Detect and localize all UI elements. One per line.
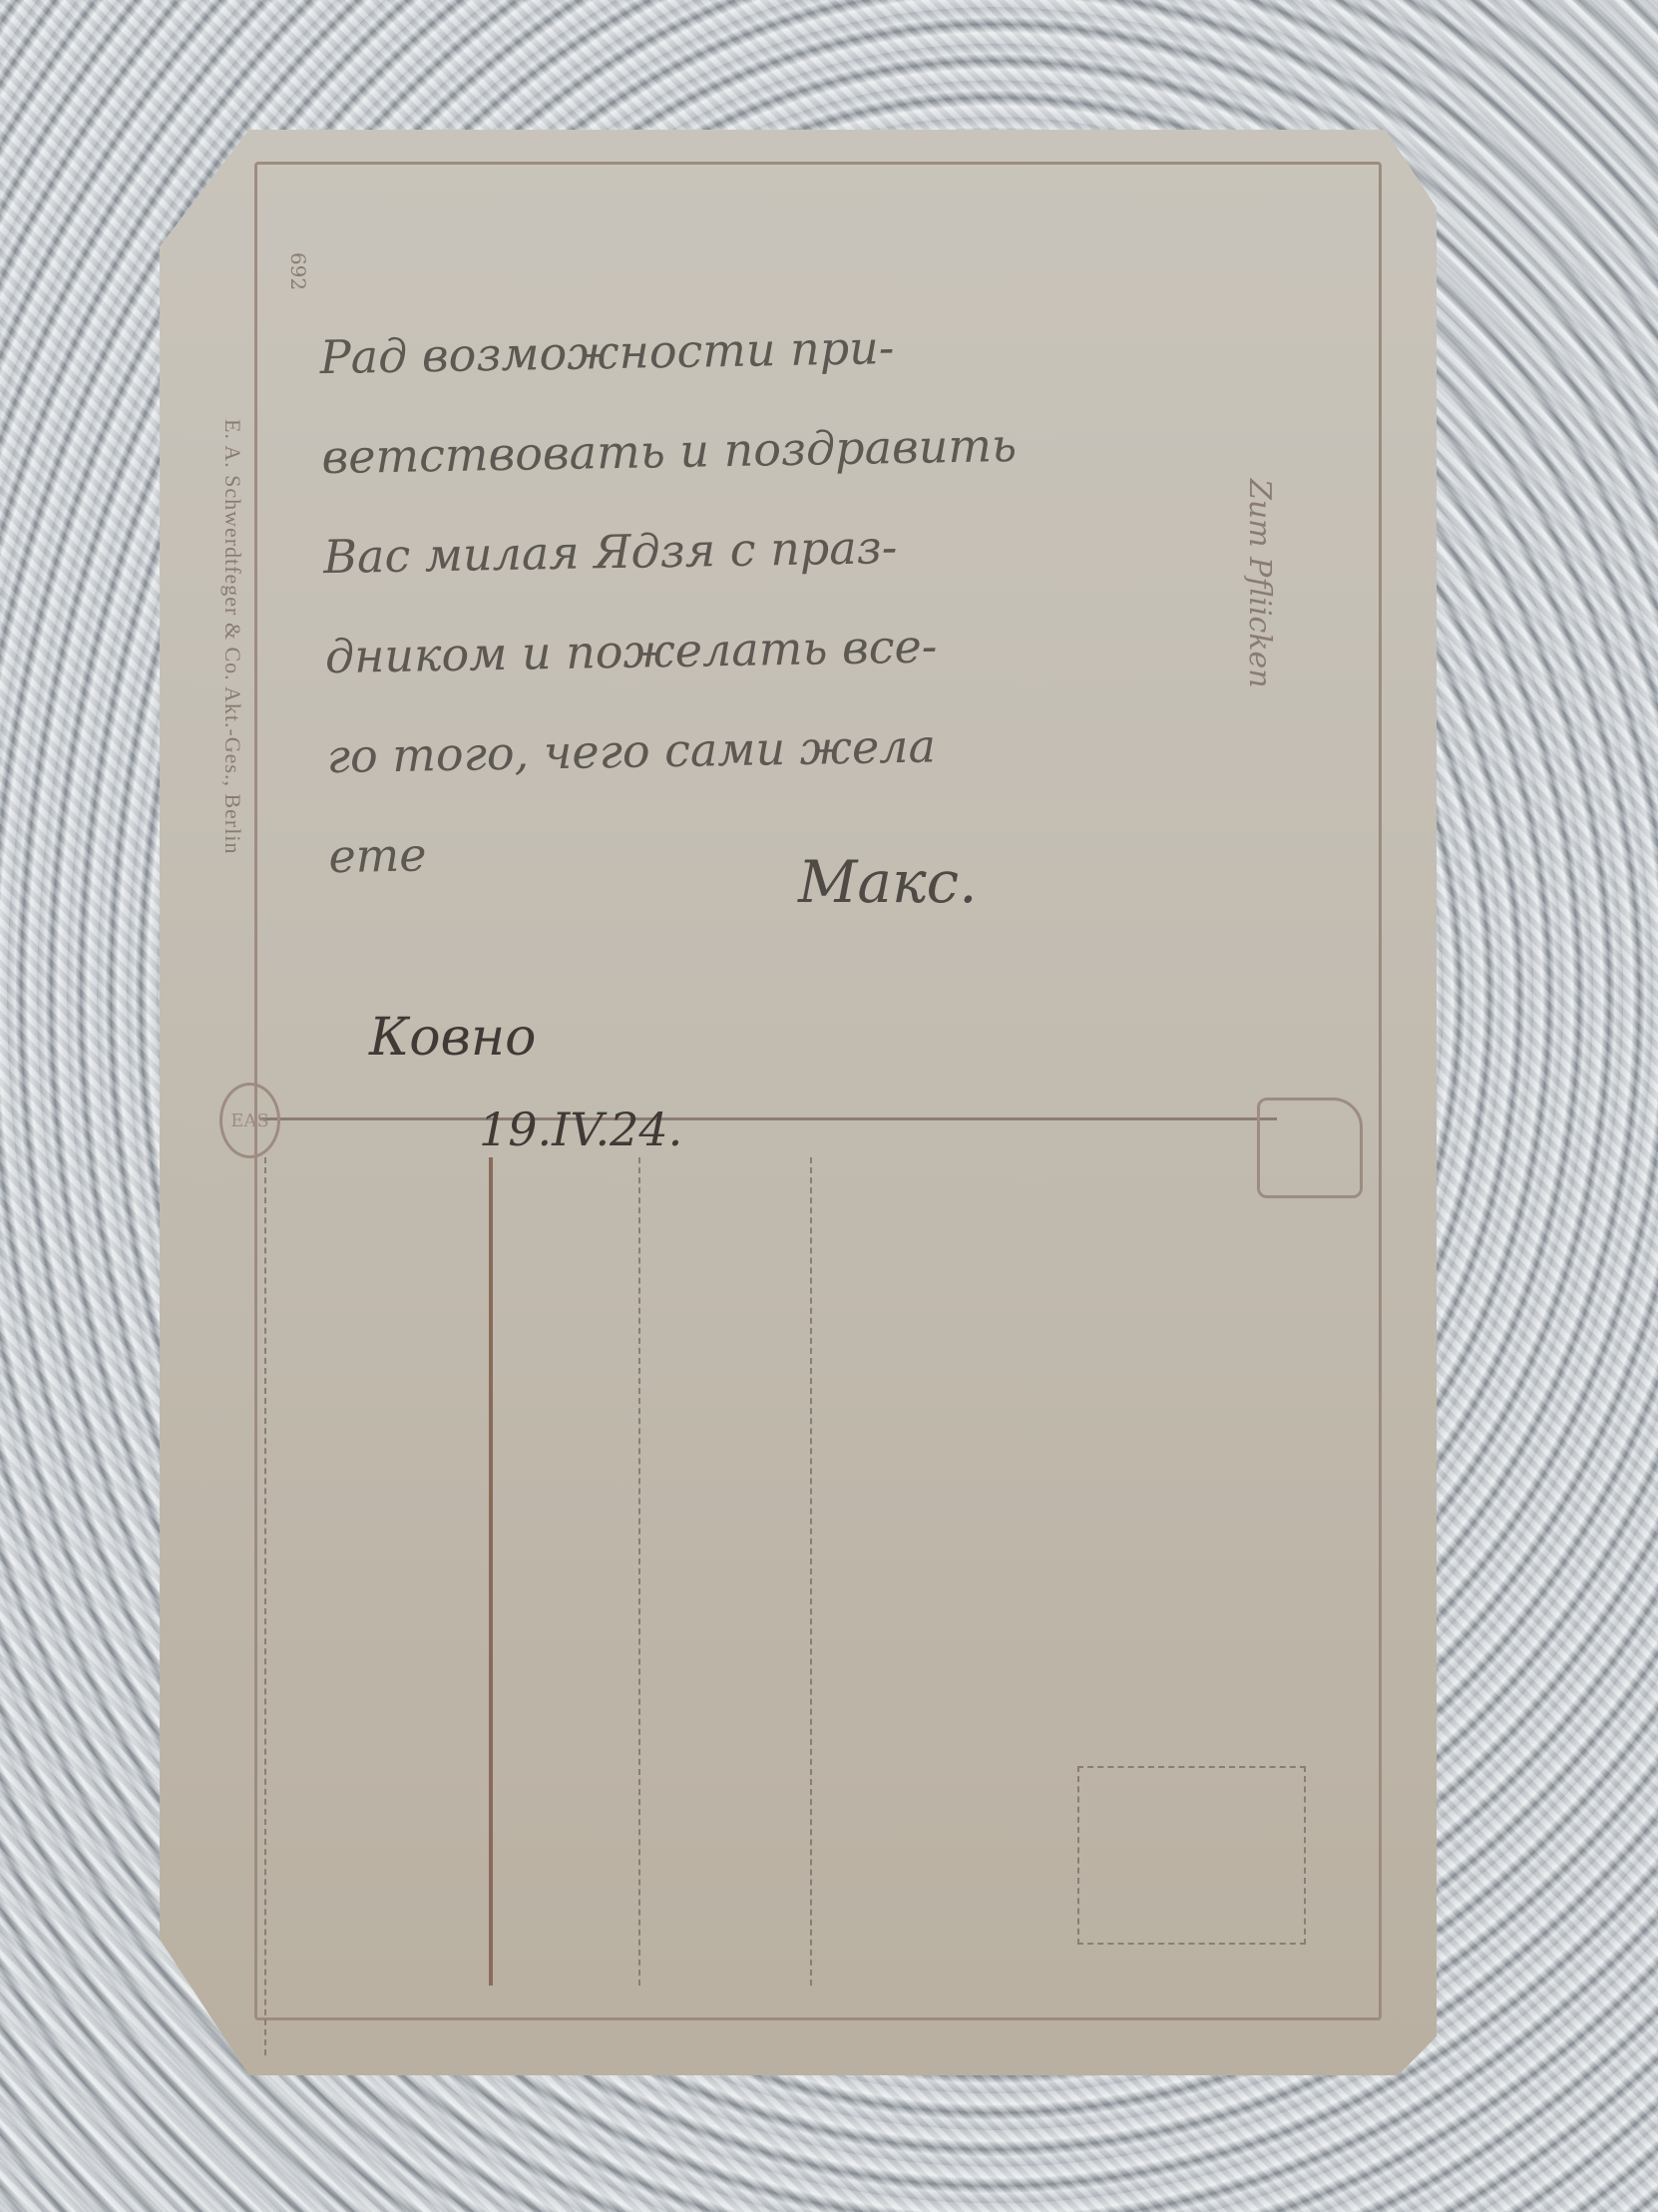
message-line: дником и пожелать все- bbox=[324, 591, 1254, 706]
date: 19.IV.24. bbox=[479, 1103, 682, 1156]
place-name: Ковно bbox=[369, 1008, 536, 1068]
divider-vertical-line bbox=[489, 1157, 493, 1986]
message-line: Рад возможности при- bbox=[319, 291, 1249, 407]
postcard: 692 E. A. Schwerdtfeger & Co. Akt.-Ges.,… bbox=[160, 130, 1437, 2075]
message-line: ете bbox=[328, 790, 1258, 906]
signature: Макс. bbox=[798, 848, 978, 916]
address-rule bbox=[638, 1157, 640, 1986]
message-line: го того, чего сами жела bbox=[326, 690, 1256, 806]
monogram-emblem: EAS bbox=[219, 1083, 280, 1158]
card-number: 692 bbox=[286, 252, 310, 290]
message-line: ветствовать и поздравить bbox=[321, 391, 1251, 507]
address-rule bbox=[810, 1157, 812, 1986]
horizontal-divider bbox=[259, 1117, 1277, 1120]
handwritten-message: Рад возможности при- ветствовать и поздр… bbox=[319, 291, 1257, 906]
message-line: Вас милая Ядзя с праз- bbox=[322, 491, 1252, 607]
address-rule bbox=[264, 1157, 266, 2055]
shield-ornament-icon bbox=[1257, 1098, 1363, 1198]
publisher-imprint: E. A. Schwerdtfeger & Co. Akt.-Ges., Ber… bbox=[219, 419, 245, 855]
stamp-box bbox=[1077, 1766, 1306, 1945]
